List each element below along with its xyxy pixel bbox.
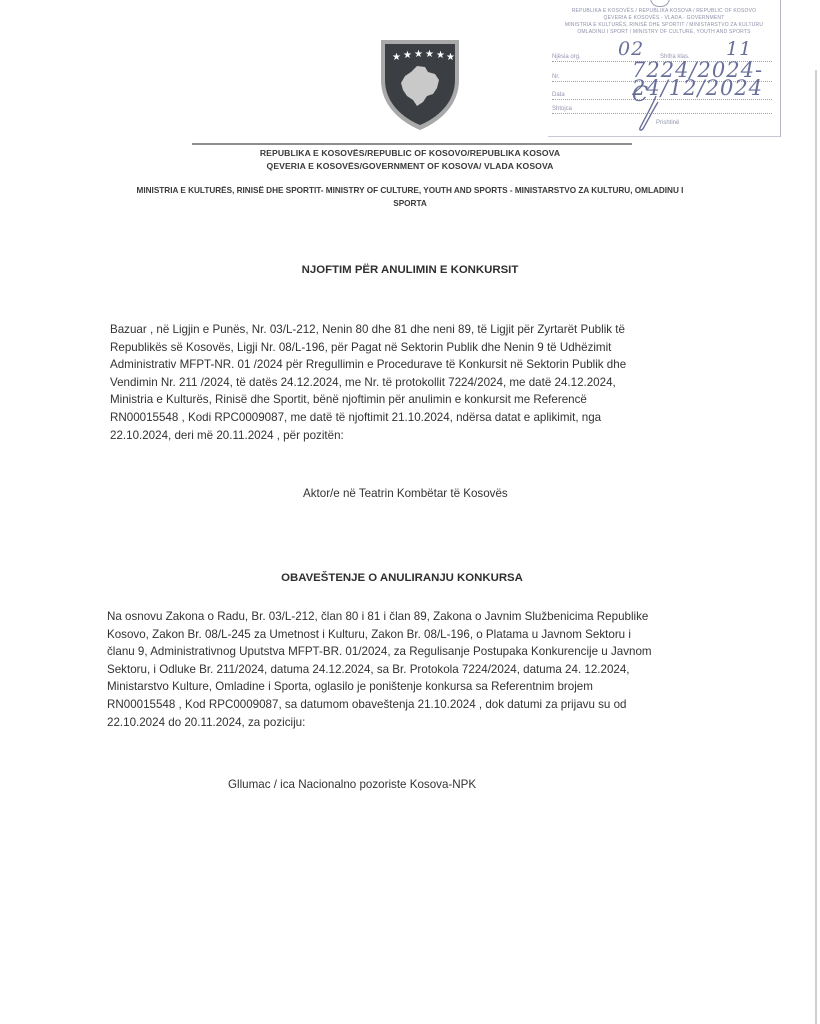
stamp-label-org: Njësia org. (552, 54, 581, 60)
serbian-body-line: Na osnovu Zakona o Radu, Br. 03/L-212, č… (107, 608, 652, 626)
serbian-body-line: RN00015548 , Kod RPC0009087, sa datumom … (107, 696, 652, 714)
albanian-body-line: Ministria e Kulturës, Rinisë dhe Sportit… (110, 391, 626, 409)
svg-text:★: ★ (446, 52, 455, 63)
svg-text:★: ★ (392, 52, 401, 63)
albanian-body-line: RN00015548 , Kodi RPC0009087, me datë të… (110, 409, 626, 427)
stamp-header-line: OMLADINU I SPORT / MINISTRY OF CULTURE, … (554, 29, 774, 36)
stamp-label-nr: Nr. (552, 74, 560, 80)
albanian-body-line: Vendimin Nr. 211 /2024, të datës 24.12.2… (110, 374, 626, 392)
serbian-title: OBAVEŠTENJE O ANULIRANJU KONKURSA (0, 572, 812, 584)
albanian-body-line: Republikës së Kosovës, Ligji Nr. 08/L-19… (110, 339, 626, 357)
serbian-body-line: Sektoru, i Odluke Br. 211/2024, datuma 2… (107, 661, 652, 679)
serbian-body-line: 22.10.2024 do 20.11.2024, za poziciju: (107, 714, 652, 732)
registration-stamp: REPUBLIKA E KOSOVËS / REPUBLIKA KOSOVA /… (548, 0, 781, 137)
handwritten-org-unit: 02 (618, 38, 644, 60)
stamp-header-line: MINISTRIA E KULTURËS, RINISË DHE SPORTIT… (554, 22, 774, 29)
stamp-emblem-icon (650, 0, 670, 7)
page-edge (815, 70, 817, 1024)
svg-text:★: ★ (436, 50, 445, 61)
header-government: QEVERIA E KOSOVËS/GOVERNMENT OF KOSOVA/ … (0, 161, 820, 171)
stamp-row-line (552, 112, 772, 114)
albanian-title: NJOFTIM PËR ANULIMIN E KONKURSIT (0, 264, 820, 276)
albanian-body: Bazuar , në Ligjin e Punës, Nr. 03/L-212… (110, 321, 626, 444)
header-ministry: MINISTRIA E KULTURËS, RINISË DHE SPORTIT… (80, 184, 740, 210)
header-republic: REPUBLIKA E KOSOVËS/REPUBLIC OF KOSOVO/R… (0, 148, 820, 158)
albanian-body-line: Administrativ MFPT-NR. 01 /2024 për Rreg… (110, 356, 626, 374)
svg-text:★: ★ (425, 49, 434, 60)
serbian-body: Na osnovu Zakona o Radu, Br. 03/L-212, č… (107, 608, 652, 731)
stamp-header-line: REPUBLIKA E KOSOVËS / REPUBLIKA KOSOVA /… (554, 8, 774, 15)
albanian-body-line: 22.10.2024, deri më 20.11.2024 , për poz… (110, 427, 626, 445)
svg-text:★: ★ (403, 50, 412, 61)
serbian-body-line: članu 9, Administrativnog Uputstva MFPT-… (107, 643, 652, 661)
stamp-header-line: QEVERIA E KOSOVËS - VLADA - GOVERNMENT (554, 15, 774, 22)
header-divider (192, 143, 632, 145)
header-ministry-line2: SPORTA (80, 197, 740, 210)
serbian-body-line: Kosovo, Zakon Br. 08/L-245 za Umetnost i… (107, 626, 652, 644)
serbian-position: Gllumac / ica Nacionalno pozoriste Kosov… (228, 778, 476, 791)
header-ministry-line1: MINISTRIA E KULTURËS, RINISË DHE SPORTIT… (80, 184, 740, 197)
stamp-label-date: Data (552, 92, 565, 98)
stamp-label-attach: Shtojca (552, 106, 572, 112)
albanian-position: Aktor/e në Teatrin Kombëtar të Kosovës (303, 487, 508, 500)
signature-mark (634, 94, 660, 134)
svg-text:★: ★ (414, 49, 423, 60)
kosovo-coat-of-arms-icon: ★ ★ ★ ★ ★ ★ (377, 36, 463, 132)
albanian-body-line: Bazuar , në Ligjin e Punës, Nr. 03/L-212… (110, 321, 626, 339)
serbian-body-line: Ministarstvo Kulture, Omladine i Sporta,… (107, 678, 652, 696)
stamp-header: REPUBLIKA E KOSOVËS / REPUBLIKA KOSOVA /… (554, 8, 774, 36)
handwritten-class-code: 11 (726, 38, 752, 60)
